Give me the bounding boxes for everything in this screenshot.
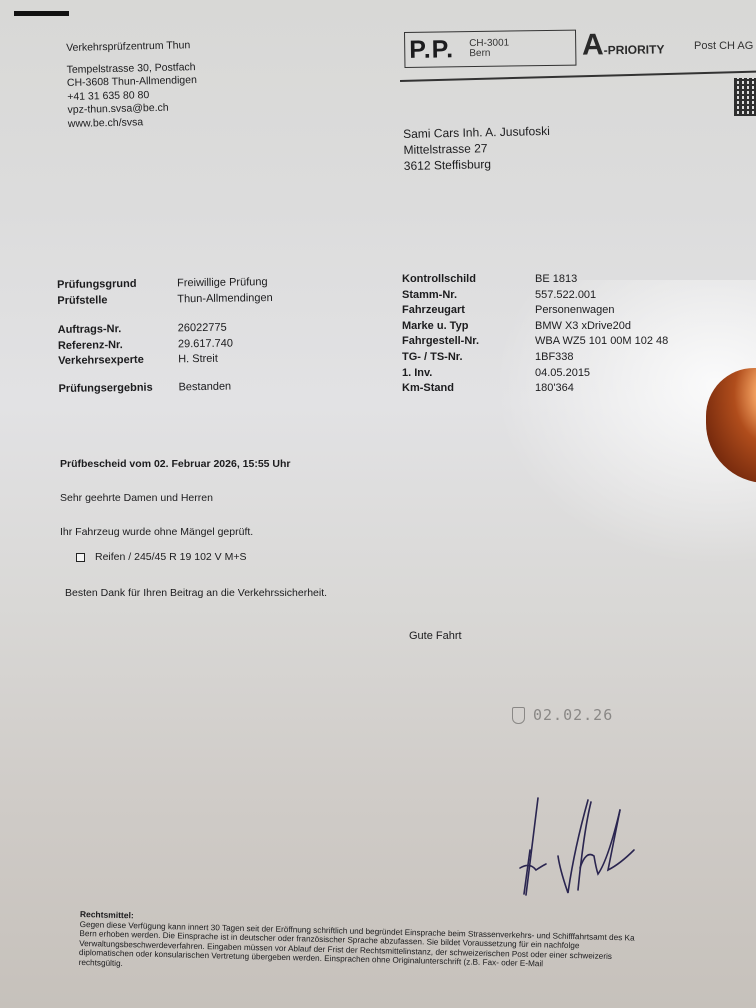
pp-mark: P.P. [409,35,469,65]
row-make: Marke u. TypBMW X3 xDrive20d [402,319,668,335]
letter-body: Ihr Fahrzeug wurde ohne Mängel geprüft. [60,526,253,538]
letter-subject: Prüfbescheid vom 02. Februar 2026, 15:55… [60,458,291,470]
carrier-name: Post CH AG [694,40,753,52]
letter-page: Verkehrsprüfzentrum Thun Tempelstrasse 3… [0,0,756,1008]
legal-notice: Rechtsmittel: Gegen diese Verfügung kann… [79,910,756,985]
postage-origin: CH-3001 Bern [469,39,509,60]
finger-holding-page [706,368,756,483]
tire-note-text: Reifen / 245/45 R 19 102 V M+S [95,551,246,563]
postage-box: P.P. CH-3001 Bern [404,30,576,68]
priority-mark: A -PRIORITY [582,27,665,62]
datamatrix-code-icon [734,78,756,116]
sender-web: www.be.ch/svsa [68,115,198,132]
date-stamp: 02.02.26 [512,706,613,724]
vehicle-details: KontrollschildBE 1813 Stamm-Nr.557.522.0… [402,272,668,397]
tire-note: Reifen / 245/45 R 19 102 V M+S [76,551,246,563]
row-stamm: Stamm-Nr.557.522.001 [402,288,668,304]
postage-rule [400,70,756,81]
row-plate: KontrollschildBE 1813 [402,272,668,288]
bern-crest-icon [512,707,525,724]
recipient-line-3: 3612 Steffisburg [404,155,551,174]
recipient-line-1: Sami Cars Inh. A. Jusufoski [403,123,550,142]
postage-city: Bern [469,49,509,60]
sender-name: Verkehrsprüfzentrum Thun [66,39,196,56]
priority-label: -PRIORITY [604,42,665,57]
stamp-date: 02.02.26 [533,706,613,724]
inspection-details: PrüfungsgrundFreiwillige Prüfung Prüfste… [57,275,274,398]
row-result: PrüfungsergebnisBestanden [58,379,274,398]
row-type: FahrzeugartPersonenwagen [402,303,668,319]
row-tg: TG- / TS-Nr.1BF338 [402,350,668,366]
row-vin: Fahrgestell-Nr.WBA WZ5 101 00M 102 48 [402,334,668,350]
row-first-reg: 1. Inv.04.05.2015 [402,366,668,382]
letter-thanks: Besten Dank für Ihren Beitrag an die Ver… [65,587,327,599]
fold-mark [14,11,69,16]
priority-letter: A [582,28,604,62]
letter-closing: Gute Fahrt [409,630,462,642]
signature [516,790,646,905]
checkbox-icon [76,553,85,562]
recipient-address: Sami Cars Inh. A. Jusufoski Mittelstrass… [403,123,551,174]
row-station: PrüfstelleThun-Allmendingen [57,291,273,310]
sender-address: Verkehrsprüfzentrum Thun Tempelstrasse 3… [66,39,198,131]
letter-greeting: Sehr geehrte Damen und Herren [60,492,213,504]
row-km: Km-Stand180'364 [402,381,668,397]
